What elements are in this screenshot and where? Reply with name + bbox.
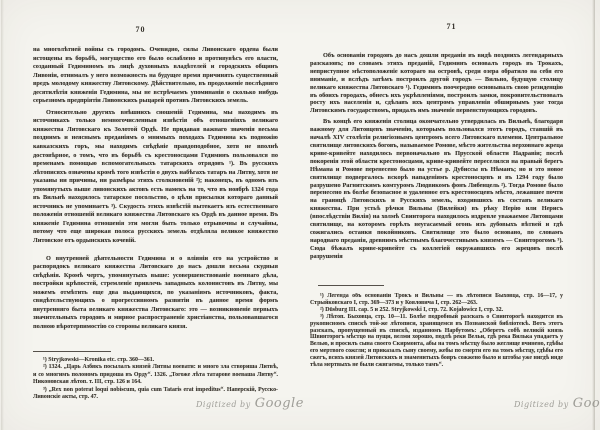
- page-70-body: на многолѣтней войны съ городомъ. Очевид…: [33, 46, 278, 340]
- footnote-rule: [33, 351, 111, 352]
- footnote: ¹) Легенда объ основаніи Трокъ и Вильны …: [310, 293, 563, 307]
- body-paragraph: О внутренней дѣятельности Гедимина и о в…: [33, 255, 278, 332]
- google-watermark: Digitized by Google: [514, 394, 600, 412]
- footnote: ²) 1324. „Царь Азбякъ посылалъ князей Ли…: [33, 364, 278, 386]
- page-number-71: 71: [340, 22, 563, 31]
- google-logo-text: Google: [573, 396, 600, 411]
- scan-left-edge-shadow: [1, 0, 4, 430]
- body-paragraph: Объ основаніи городовъ до насъ дошли пре…: [310, 52, 563, 115]
- google-watermark: Digitized by Google: [196, 394, 304, 412]
- footnote-rule: [318, 285, 384, 286]
- scan-right-edge-shadow: [592, 0, 595, 430]
- page-number-70: 70: [33, 25, 248, 34]
- body-paragraph: Въ концѣ его княженія столица окончатель…: [310, 118, 563, 260]
- body-paragraph: на многолѣтней войны съ городомъ. Очевид…: [33, 46, 278, 106]
- google-logo-text: Google: [255, 396, 304, 411]
- body-paragraph: Относительно другихъ внѣшнихъ сношеній Г…: [33, 109, 278, 246]
- footnote: ³) Лѣтоп. Быховца, стр. 10—11. Болѣе под…: [310, 314, 563, 369]
- page-71-body: Объ основаніи городовъ до насъ дошли пре…: [310, 52, 563, 282]
- watermark-prefix: Digitized by: [514, 400, 569, 409]
- book-scan-spread: 70 на многолѣтней войны съ городомъ. Оче…: [0, 0, 600, 430]
- page-71-footnotes: ¹) Легенда объ основаніи Трокъ и Вильны …: [310, 293, 563, 393]
- watermark-prefix: Digitized by: [196, 400, 251, 409]
- footnote: ²) Düsburg III. cap. 5 и 252. Stryjkowsk…: [310, 307, 563, 314]
